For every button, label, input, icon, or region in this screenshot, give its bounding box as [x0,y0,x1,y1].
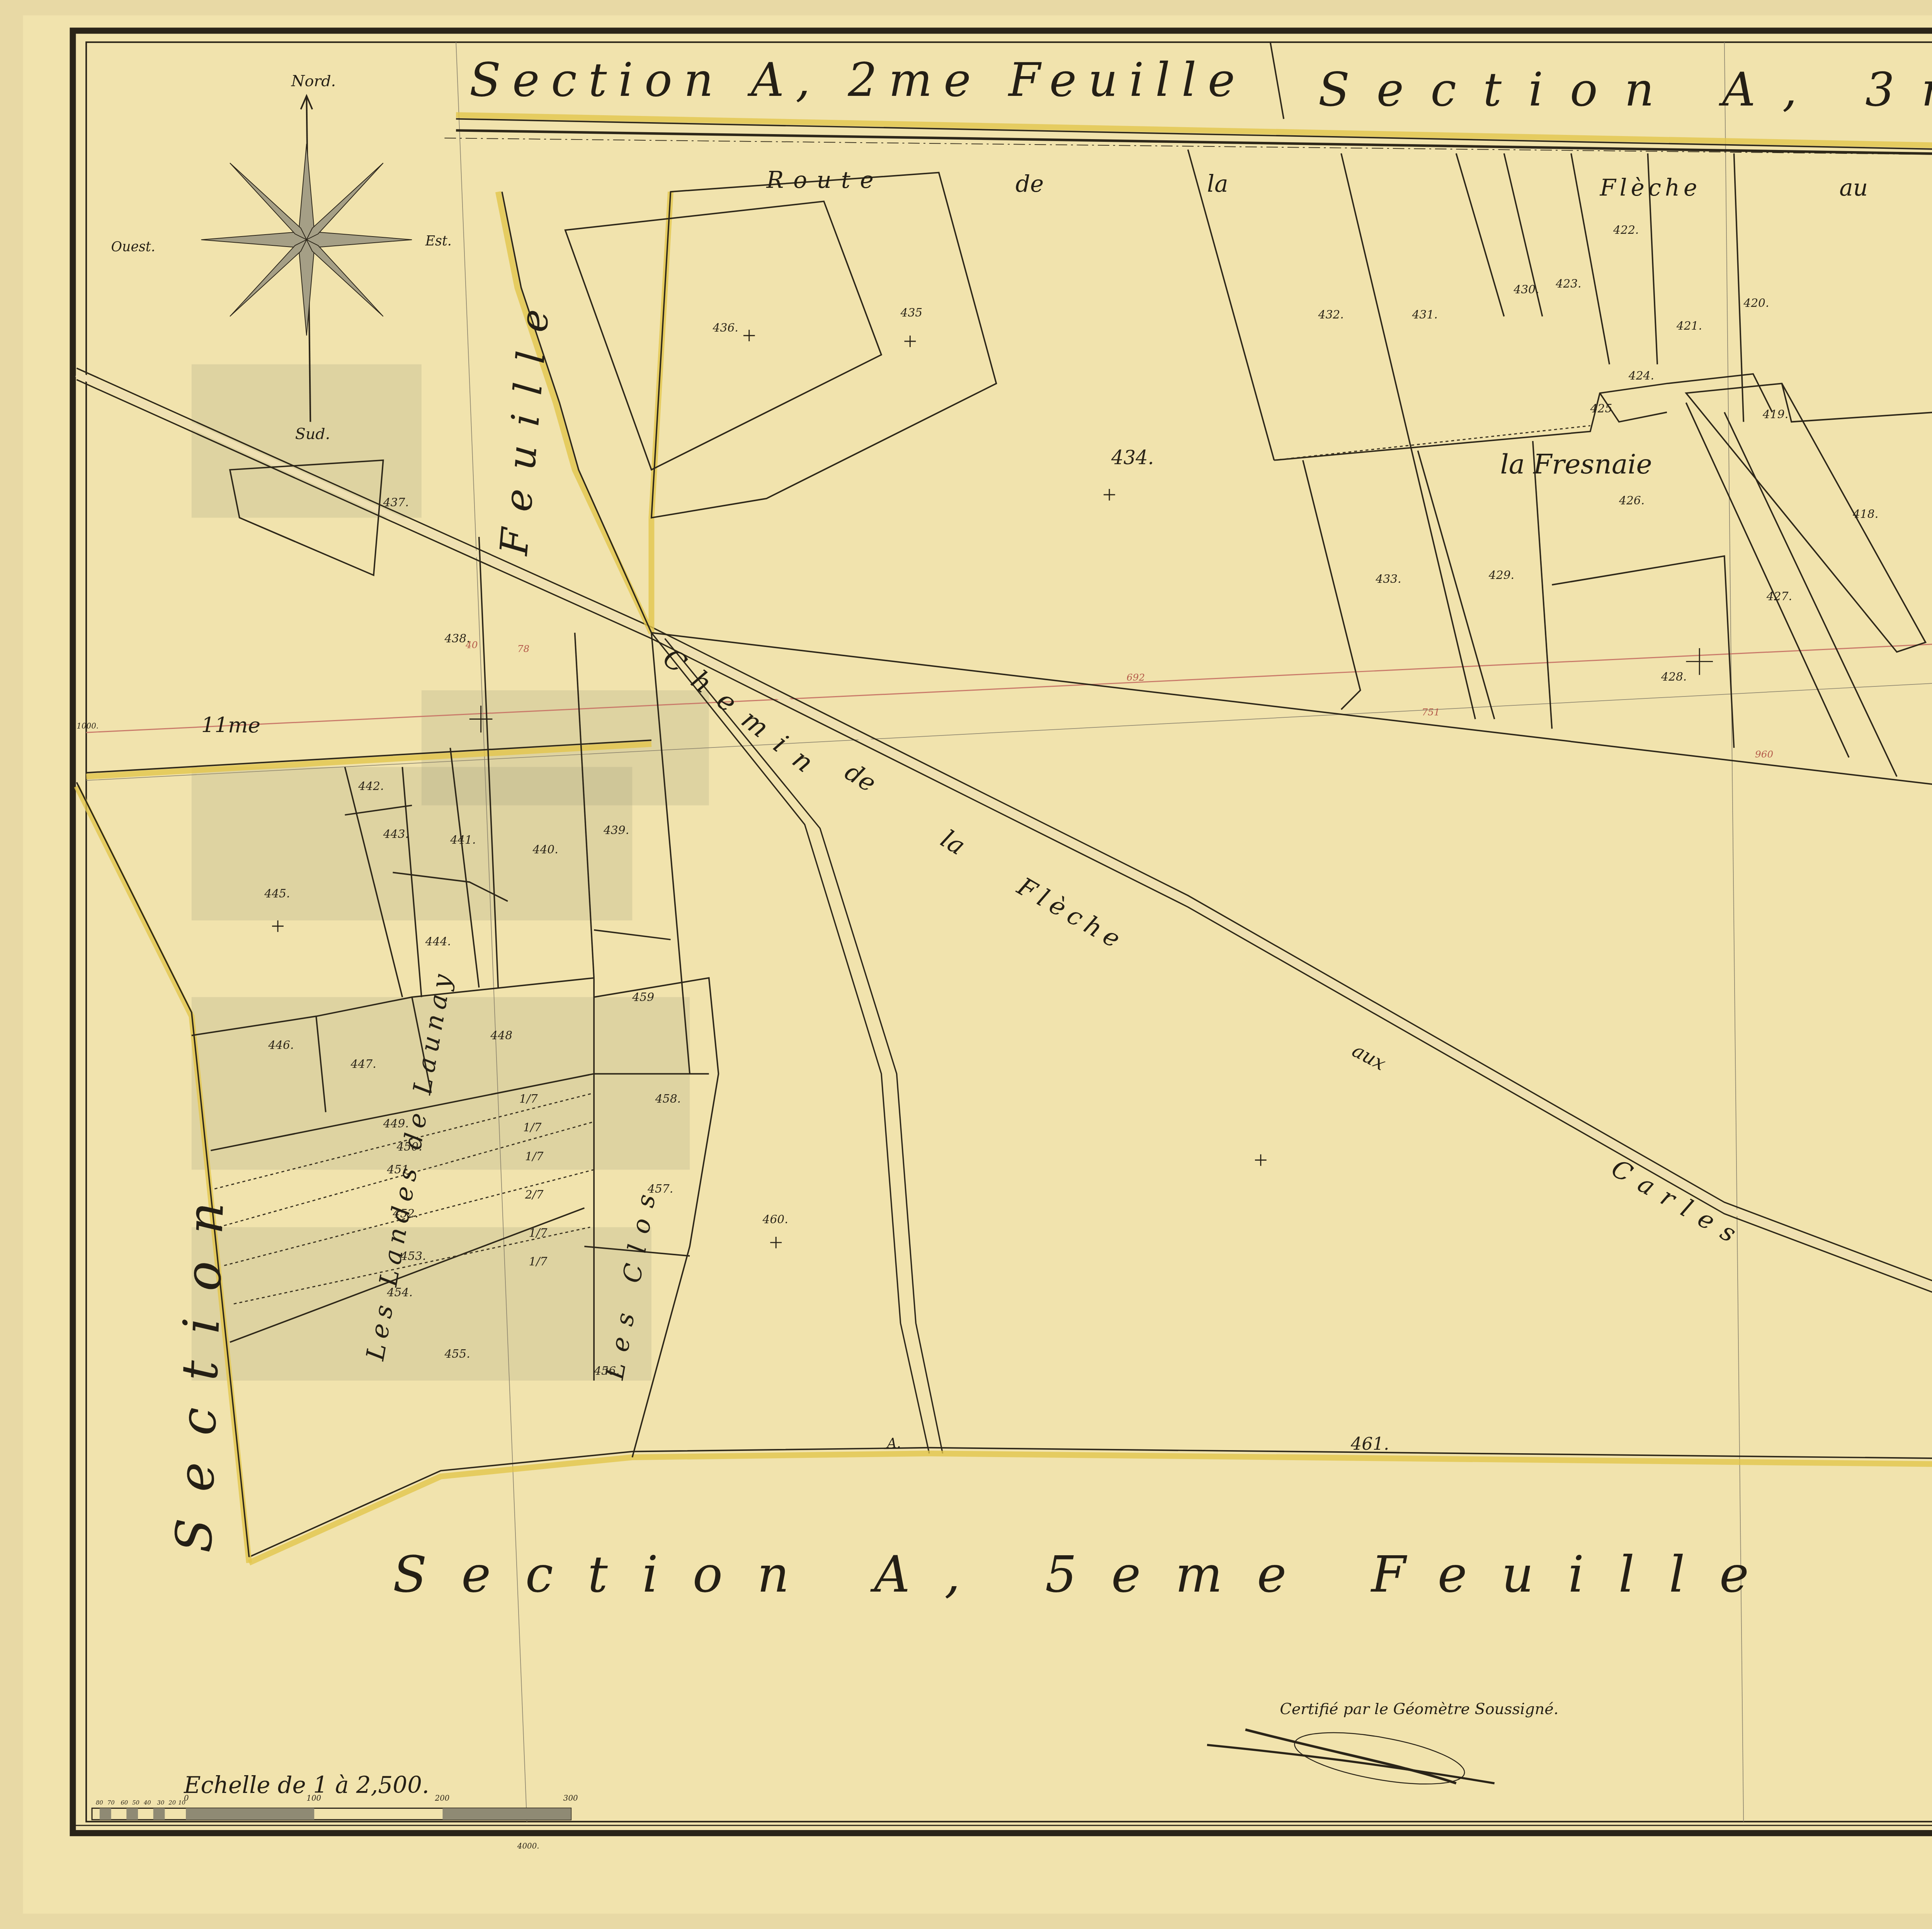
compass-south-label: Sud. [295,425,330,443]
svg-text:692: 692 [1127,672,1145,683]
parcel-427: 427. [1766,590,1792,603]
svg-text:70: 70 [107,1799,115,1806]
parcel-432: 432. [1318,308,1344,322]
svg-text:20: 20 [168,1799,176,1806]
parcel-457: 457. [647,1182,673,1196]
parcel-460: 460. [762,1213,788,1226]
parcel-418: 418. [1852,507,1878,521]
svg-text:100: 100 [306,1794,321,1803]
parcel-423: 423. [1555,277,1581,291]
parcel-443: 443. [383,827,409,841]
svg-text:Route: Route [766,167,883,194]
svg-text:2/7: 2/7 [525,1188,544,1202]
certification-text: Certifié par le Géomètre Soussigné. [1280,1700,1558,1718]
adjacent-sheet-top-left: Section A, 2me Feuille [469,54,1247,107]
cadastral-map: Nord. Sud. Est. Ouest. Section A, 2me Fe… [0,0,1932,1929]
grid-label-4000: 4000. [517,1842,539,1851]
parcel-439: 439. [603,824,629,837]
svg-text:80: 80 [96,1799,103,1806]
parcel-449: 449. [383,1117,409,1130]
svg-text:30: 30 [157,1799,165,1806]
svg-text:1/7: 1/7 [519,1092,538,1106]
adjacent-sheet-bottom: Section A, 5eme Feuille [393,1546,1784,1604]
marker-point-a: A. [886,1436,901,1451]
parcel-444: 444. [425,935,451,948]
parcel-448: 448 [490,1029,512,1042]
parcel-435: 435 [900,306,923,320]
svg-text:40: 40 [143,1799,151,1806]
parcel-420: 420. [1743,296,1769,310]
compass-west-label: Ouest. [111,239,155,255]
svg-text:1/7: 1/7 [523,1121,542,1134]
parcel-425: 425 [1590,402,1612,415]
compass-north-label: Nord. [291,72,336,90]
parcel-431: 431. [1412,308,1437,322]
parcel-452: 452. [393,1207,418,1221]
svg-text:au: au [1839,175,1868,201]
parcel-459: 459 [632,991,654,1004]
svg-text:1/7: 1/7 [529,1226,548,1240]
parcel-454: 454. [387,1286,413,1299]
svg-text:la: la [1207,171,1228,197]
parcel-456: 456. [594,1364,619,1378]
parcel-458: 458. [655,1092,681,1106]
parcel-440: 440. [532,843,558,856]
parcel-450: 450. [396,1140,422,1154]
grid-label-1000-left: 1000. [77,722,99,730]
compass-east-label: Est. [425,233,452,249]
parcel-441: 441. [450,833,476,847]
svg-text:960: 960 [1755,749,1773,760]
parcel-451: 451. [387,1163,413,1176]
svg-text:0: 0 [184,1794,189,1803]
svg-text:78: 78 [517,643,530,654]
parcel-430: 430. [1513,283,1539,296]
parcel-446: 446. [268,1039,294,1052]
parcel-421: 421. [1676,319,1702,333]
svg-text:Flèche: Flèche [1599,175,1701,201]
parcel-424: 424. [1628,369,1654,383]
svg-text:50: 50 [132,1799,139,1806]
parcel-429: 429. [1488,569,1514,582]
svg-text:40: 40 [465,639,478,650]
adjacent-sheet-left-marker: 11me [201,713,260,737]
svg-text:1/7: 1/7 [529,1255,548,1268]
svg-text:de: de [1015,171,1044,197]
adjacent-sheet-top-right: Section A, 3me Feuille [1318,63,1932,117]
parcel-455: 455. [444,1347,470,1361]
parcel-433: 433. [1375,572,1401,586]
parcel-437: 437. [383,496,409,509]
parcel-419: 419. [1762,408,1788,421]
svg-text:1/7: 1/7 [525,1150,544,1163]
parcel-453: 453. [400,1250,426,1263]
parcel-428: 428. [1661,670,1687,684]
svg-text:200: 200 [435,1794,450,1803]
parcel-426: 426. [1619,494,1645,507]
parcel-447: 447. [350,1057,376,1071]
parcel-436: 436. [713,321,738,335]
parcel-422: 422. [1613,223,1639,237]
parcel-442: 442. [358,780,384,793]
svg-text:300: 300 [563,1794,578,1803]
svg-text:751: 751 [1422,707,1440,718]
place-name-la-fresnaie: la Fresnaie [1500,449,1652,480]
parcel-461: 461. [1350,1434,1389,1454]
parcel-434: 434. [1111,446,1154,469]
svg-text:60: 60 [121,1799,128,1806]
parcel-445: 445. [264,887,290,901]
